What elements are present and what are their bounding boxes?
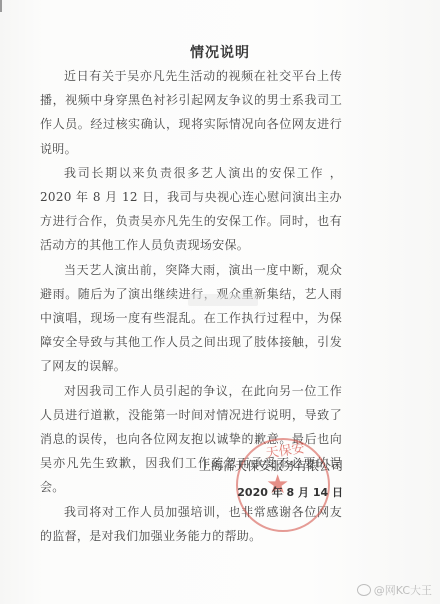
document-title: 情况说明 [0,42,440,62]
signature-date: 2020 年 8 月 14 日 [237,484,343,500]
document-page: 情况说明 近日有关于吴亦凡先生活动的视频在社交平台上传播，视频中身穿黑色衬衫引起… [0,0,440,604]
signature-company: 上海霈天保安服务有限公司 [199,457,343,474]
inline-watermark [188,294,258,306]
weibo-watermark: @网KC大王 [357,582,432,598]
weibo-logo-icon [357,584,371,596]
watermark-text: @网KC大王 [374,582,432,598]
paragraph-1: 近日有关于吴亦凡先生活动的视频在社交平台上传播，视频中身穿黑色衬衫引起网友争议的… [40,64,342,161]
paragraph-3: 当天艺人演出前，突降大雨，演出一度中断，观众避雨。随后为了演出继续进行，观众重新… [40,258,342,379]
scan-edge-mark [0,0,2,12]
paragraph-2: 我司长期以来负责很多艺人演出的安保工作 ，2020 年 8 月 12 日，我司与… [40,161,342,258]
